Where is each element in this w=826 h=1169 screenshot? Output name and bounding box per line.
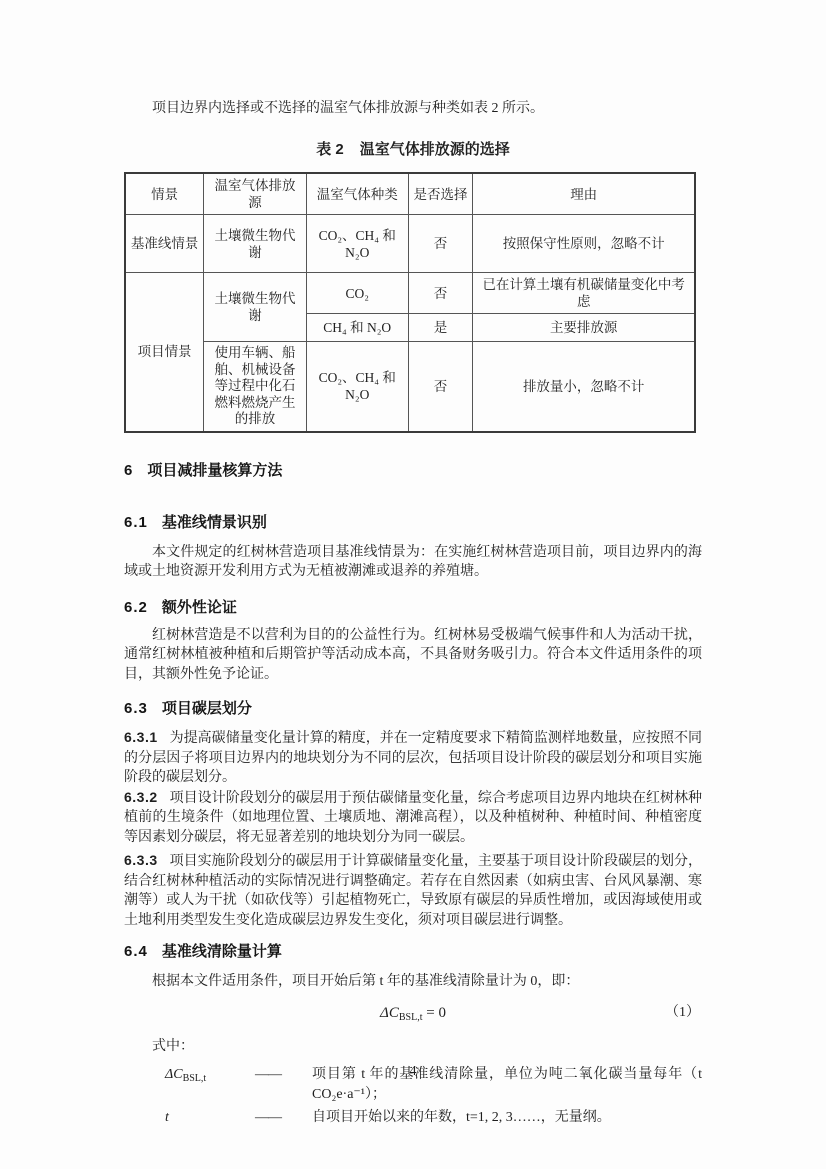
section-6-2-number: 6.2 <box>124 599 148 616</box>
where-label: 式中： <box>152 1037 702 1057</box>
clause-6-3-2: 6.3.2项目设计阶段划分的碳层用于预估碳储量变化量，综合考虑项目边界内地块在红… <box>124 788 702 848</box>
cell-project-co2-selected: 否 <box>408 273 473 314</box>
table-caption: 表 2温室气体排放源的选择 <box>124 140 702 160</box>
section-6-heading: 6项目减排量核算方法 <box>124 462 702 480</box>
clause-6-3-1: 6.3.1为提高碳储量变化量计算的精度，并在一定精度要求下精简监测样地数量，应按… <box>124 728 702 788</box>
page-content: 项目边界内选择或不选择的温室气体排放源与种类如表 2 所示。 表 2温室气体排放… <box>124 99 702 1132</box>
table-caption-text: 温室气体排放源的选择 <box>360 141 510 158</box>
section-6-1-number: 6.1 <box>124 514 148 531</box>
cell-project-ch4-reason: 主要排放源 <box>473 314 695 342</box>
table-row-baseline: 基准线情景 土壤微生物代谢 CO₂、CH₄ 和 N₂O 否 按照保守性原则，忽略… <box>125 215 695 273</box>
page-number: 4 <box>0 1062 826 1082</box>
definition-description: 自项目开始以来的年数，t=1, 2, 3……，无量纲。 <box>312 1108 702 1132</box>
section-6-3-number: 6.3 <box>124 700 148 717</box>
definition-dash: —— <box>255 1108 312 1132</box>
header-gas: 温室气体种类 <box>306 173 408 215</box>
cell-project-soil-source: 土壤微生物代谢 <box>204 273 307 342</box>
cell-project-scenario: 项目情景 <box>125 273 204 432</box>
table-header-row: 情景 温室气体排放源 温室气体种类 是否选择 理由 <box>125 173 695 215</box>
clause-6-3-3-body: 项目实施阶段划分的碳层用于计算碳储量变化量，主要基于项目设计阶段碳层的划分，结合… <box>124 854 702 928</box>
cell-project-fuel-reason: 排放量小，忽略不计 <box>473 342 695 432</box>
definition-symbol: t <box>165 1108 255 1132</box>
cell-baseline-scenario: 基准线情景 <box>125 215 204 273</box>
clause-6-3-3: 6.3.3项目实施阶段划分的碳层用于计算碳储量变化量，主要基于项目设计阶段碳层的… <box>124 851 702 930</box>
cell-baseline-reason: 按照保守性原则，忽略不计 <box>473 215 695 273</box>
cell-project-co2-reason: 已在计算土壤有机碳储量变化中考虑 <box>473 273 695 314</box>
section-6-4-number: 6.4 <box>124 943 148 960</box>
cell-project-ch4-gas: CH₄ 和 N₂O <box>306 314 408 342</box>
intro-paragraph: 项目边界内选择或不选择的温室气体排放源与种类如表 2 所示。 <box>124 99 702 119</box>
section-6-1-heading: 6.1基准线情景识别 <box>124 514 702 532</box>
section-6-4-title: 基准线清除量计算 <box>162 943 282 960</box>
section-6-2-title: 额外性论证 <box>162 599 237 616</box>
section-6-2-heading: 6.2额外性论证 <box>124 599 702 617</box>
document-page: 项目边界内选择或不选择的温室气体排放源与种类如表 2 所示。 表 2温室气体排放… <box>0 0 826 1169</box>
section-6-4-heading: 6.4基准线清除量计算 <box>124 943 702 961</box>
section-6-4-paragraph: 根据本文件适用条件，项目开始后第 t 年的基准线清除量计为 0，即： <box>124 972 702 992</box>
equation-1-expression: ΔCBSL,t = 0 <box>380 1001 446 1030</box>
clause-6-3-1-number: 6.3.1 <box>124 729 158 745</box>
table-caption-number: 表 2 <box>316 141 344 158</box>
clause-6-3-2-number: 6.3.2 <box>124 789 158 805</box>
section-6-1-title: 基准线情景识别 <box>162 514 267 531</box>
clause-6-3-3-number: 6.3.3 <box>124 852 158 868</box>
section-6-title: 项目减排量核算方法 <box>147 462 282 479</box>
definition-symbol-main: t <box>165 1110 169 1125</box>
section-6-3-heading: 6.3项目碳层划分 <box>124 700 702 718</box>
cell-baseline-source: 土壤微生物代谢 <box>204 215 307 273</box>
section-6-number: 6 <box>124 462 133 479</box>
cell-project-fuel-selected: 否 <box>408 342 473 432</box>
equation-lhs: ΔC <box>380 1005 399 1021</box>
table-row-project-co2: 项目情景 土壤微生物代谢 CO₂ 否 已在计算土壤有机碳储量变化中考虑 <box>125 273 695 314</box>
header-source: 温室气体排放源 <box>204 173 307 215</box>
definition-row-t: t —— 自项目开始以来的年数，t=1, 2, 3……，无量纲。 <box>165 1108 702 1132</box>
section-6-1-paragraph: 本文件规定的红树林营造项目基准线情景为：在实施红树林营造项目前，项目边界内的海域… <box>124 543 702 582</box>
cell-project-co2-gas: CO₂ <box>306 273 408 314</box>
section-6-3-title: 项目碳层划分 <box>162 700 252 717</box>
equation-1: ΔCBSL,t = 0 （1） <box>124 1001 702 1025</box>
cell-project-fuel-gas: CO₂、CH₄ 和 N₂O <box>306 342 408 432</box>
equation-number: （1） <box>665 1001 700 1025</box>
header-selected: 是否选择 <box>408 173 473 215</box>
equation-lhs-subscript: BSL,t <box>399 1012 423 1023</box>
clause-6-3-1-body: 为提高碳储量变化量计算的精度，并在一定精度要求下精简监测样地数量，应按照不同的分… <box>124 731 702 785</box>
header-reason: 理由 <box>473 173 695 215</box>
equation-rhs: = 0 <box>422 1005 445 1021</box>
cell-baseline-selected: 否 <box>408 215 473 273</box>
cell-project-fuel-source: 使用车辆、船舶、机械设备等过程中化石燃料燃烧产生的排放 <box>204 342 307 432</box>
header-scenario: 情景 <box>125 173 204 215</box>
ghg-emission-source-table: 情景 温室气体排放源 温室气体种类 是否选择 理由 基准线情景 土壤微生物代谢 … <box>124 172 696 433</box>
clause-6-3-2-body: 项目设计阶段划分的碳层用于预估碳储量变化量，综合考虑项目边界内地块在红树林种植前… <box>124 791 702 845</box>
cell-project-ch4-selected: 是 <box>408 314 473 342</box>
section-6-2-paragraph: 红树林营造是不以营利为目的的公益性行为。红树林易受极端气候事件和人为活动干扰，通… <box>124 626 702 685</box>
table-row-project-fuel: 使用车辆、船舶、机械设备等过程中化石燃料燃烧产生的排放 CO₂、CH₄ 和 N₂… <box>125 342 695 432</box>
cell-baseline-gas: CO₂、CH₄ 和 N₂O <box>306 215 408 273</box>
